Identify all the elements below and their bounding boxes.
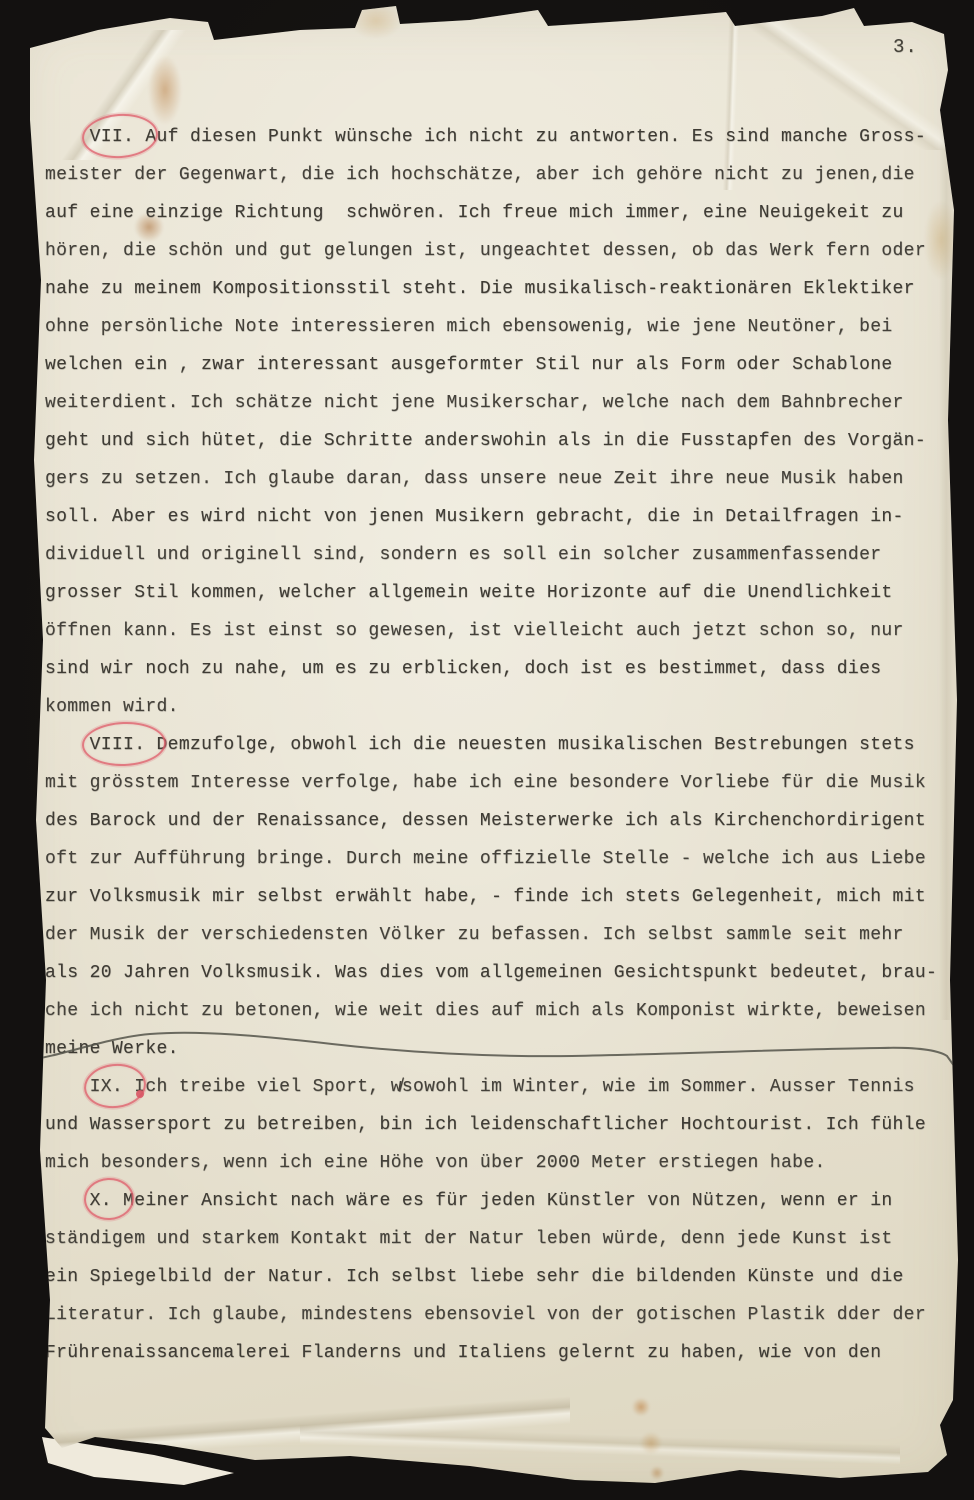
text-line: auf eine einzige Richtung schwören. Ich … — [45, 194, 950, 232]
text-line: und Wassersport zu betreiben, bin ich le… — [45, 1106, 950, 1144]
stain-dot — [632, 1398, 650, 1416]
text-line: ständigem und starkem Kontakt mit der Na… — [45, 1220, 950, 1258]
text-line: geht und sich hütet, die Schritte anders… — [45, 422, 950, 460]
text-line: mich besonders, wenn ich eine Höhe von ü… — [45, 1144, 950, 1182]
text-line: grosser Stil kommen, welcher allgemein w… — [45, 574, 950, 612]
text-line: ein Spiegelbild der Natur. Ich selbst li… — [45, 1258, 950, 1296]
text-line: öffnen kann. Es ist einst so gewesen, is… — [45, 612, 950, 650]
text-line: oft zur Aufführung bringe. Durch meine o… — [45, 840, 950, 878]
text-line: zur Volksmusik mir selbst erwählt habe, … — [45, 878, 950, 916]
text-line: kommen wird. — [45, 688, 950, 726]
text-line: che ich nicht zu betonen, wie weit dies … — [45, 992, 950, 1030]
crease-bottom — [50, 1390, 570, 1460]
typewritten-page: 3. VII. Auf diesen Punkt wünsche ich nic… — [0, 0, 974, 1500]
page-number: 3. — [893, 36, 918, 58]
text-line: gers zu setzen. Ich glaube daran, dass u… — [45, 460, 950, 498]
text-line: der Musik der verschiedensten Völker zu … — [45, 916, 950, 954]
text-line: sind wir noch zu nahe, um es zu erblicke… — [45, 650, 950, 688]
text-line: meister der Gegenwart, die ich hochschät… — [45, 156, 950, 194]
tape-stain — [352, 4, 400, 38]
text-line: mit grösstem Interesse verfolge, habe ic… — [45, 764, 950, 802]
text-line: dividuell und originell sind, sondern es… — [45, 536, 950, 574]
text-line: meine Werke. — [45, 1030, 950, 1068]
text-line: nahe zu meinem Kompositionsstil steht. D… — [45, 270, 950, 308]
text-line: ohne persönliche Note interessieren mich… — [45, 308, 950, 346]
stain-dot — [640, 1432, 662, 1454]
text-line: IX. Ich treibe viel Sport, w̸sowohl im W… — [45, 1068, 950, 1106]
text-line: soll. Aber es wird nicht von jenen Musik… — [45, 498, 950, 536]
text-line: VII. Auf diesen Punkt wünsche ich nicht … — [45, 118, 950, 156]
text-line: X. Meiner Ansicht nach wäre es für jeden… — [45, 1182, 950, 1220]
text-line: weiterdient. Ich schätze nicht jene Musi… — [45, 384, 950, 422]
rust-stain — [148, 55, 182, 125]
text-line: Literatur. Ich glaube, mindestens ebenso… — [45, 1296, 950, 1334]
text-line: als 20 Jahren Volksmusik. Was dies vom a… — [45, 954, 950, 992]
text-line: VIII. Demzufolge, obwohl ich die neueste… — [45, 726, 950, 764]
text-line: hören, die schön und gut gelungen ist, u… — [45, 232, 950, 270]
crease-bottom-2 — [300, 1418, 900, 1464]
text-line: Frührenaissancemalerei Flanderns und Ita… — [45, 1334, 950, 1372]
text-line: des Barock und der Renaissance, dessen M… — [45, 802, 950, 840]
typewritten-text: VII. Auf diesen Punkt wünsche ich nicht … — [45, 118, 950, 1372]
text-line: welchen ein , zwar interessant ausgeform… — [45, 346, 950, 384]
stain-dot — [650, 1466, 664, 1480]
photo-background: 3. VII. Auf diesen Punkt wünsche ich nic… — [0, 0, 974, 1500]
